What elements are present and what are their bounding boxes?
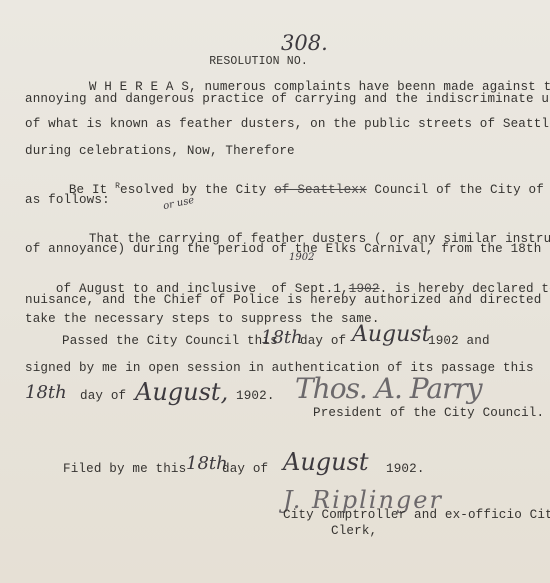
passed-line-1a: Passed the City Council this [62,334,278,348]
struck-text: of Seattlexx [274,183,367,197]
passed-line-3b: 1902. [236,389,275,403]
filed-line-a: Filed by me this [63,462,186,476]
resolved-line-2: as follows: [25,193,110,207]
passed-line-1b: day of [300,334,346,348]
whereas-line-4: during celebrations, Now, Therefore [25,144,295,158]
clerk-title-1: City Comptroller and ex-officio City [283,508,550,522]
president-title: President of the City Council. [313,406,544,420]
whereas-line-3: of what is known as feather dusters, on … [25,117,550,131]
handwritten-day-signed: 18th [25,382,67,403]
handwritten-month-passed: August [352,322,430,347]
whereas-line-2: annoying and dangerous practice of carry… [25,92,550,106]
resolved-text-c: Council of the City of Seattle [367,183,550,197]
handwritten-year-insert: 1902 [289,252,314,263]
handwritten-month-signed: August, [135,378,228,406]
resolved-text-b: esolved by the City [120,183,274,197]
passed-line-1c: 1902 and [428,334,490,348]
handwritten-day-passed: 18th [261,327,303,348]
body-line-4: nuisance, and the Chief of Police is her… [25,293,550,307]
clerk-title-2: Clerk, [331,524,377,538]
passed-line-3a: day of [80,389,126,403]
body-line-5: take the necessary steps to suppress the… [25,312,380,326]
handwritten-month-filed: August [283,448,369,476]
filed-line-c: 1902. [386,462,425,476]
body-line-2: of annoyance) during the period of the E… [25,242,550,256]
resolved-line-1: Be It Resolved by the City of Seattlexx … [38,168,550,211]
resolution-number: 308. [281,31,328,55]
filed-line-b: day of [222,462,268,476]
president-signature: Thos. A. Parry [295,372,482,405]
document-page: RESOLUTION NO. 308. W H E R E A S, numer… [0,0,550,583]
